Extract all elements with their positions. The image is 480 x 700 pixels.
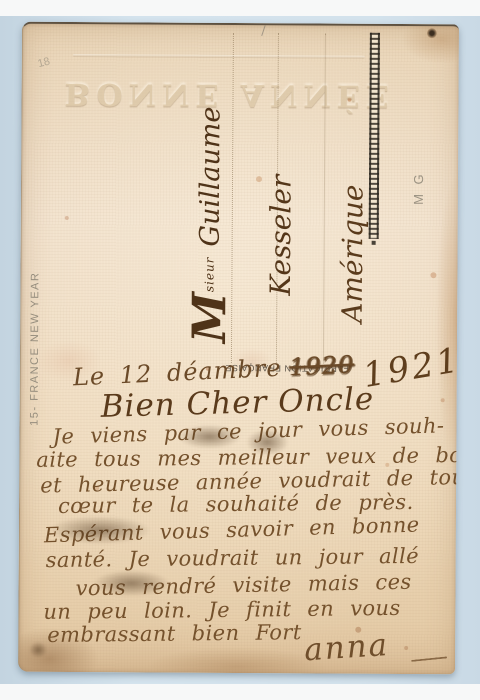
embossed-ridge: [73, 54, 365, 59]
pinhole-stain: [427, 28, 437, 38]
pencil-edge-note: 15- FRANCE NEW YEAR: [27, 249, 42, 449]
letter-line: embrassant bien Fort: [47, 620, 302, 647]
letter-line: santé. Je voudrait un jour allé: [46, 544, 420, 572]
signature-flourish: [411, 656, 447, 662]
address-surname: Kesseler: [260, 143, 301, 328]
signature: anna: [303, 627, 390, 668]
address-recipient: MsieurGuillaume: [185, 90, 235, 360]
pencil-tick: [261, 25, 265, 36]
year-crossed-out: 1920: [289, 350, 355, 381]
address-first-name: Guillaume: [194, 107, 226, 247]
address-prefix-small: sieur: [202, 257, 216, 293]
address-prefix: M: [189, 292, 229, 343]
letter-line: Espérant vous savoir en bonne: [44, 513, 420, 548]
pencil-number: 18: [36, 55, 51, 70]
year-corrected: 1921: [360, 340, 459, 396]
postcard-photo: BONNE ANNÉE MsieurGuillaume Kesseler Amé…: [0, 0, 480, 700]
pencil-initials: M G: [409, 156, 427, 220]
postcard-back: BONNE ANNÉE MsieurGuillaume Kesseler Amé…: [18, 22, 459, 675]
letter-line: un peu loin. Je finit en vous: [43, 596, 400, 624]
address-destination: Amérique: [332, 161, 373, 346]
ink-blot: [29, 642, 47, 658]
